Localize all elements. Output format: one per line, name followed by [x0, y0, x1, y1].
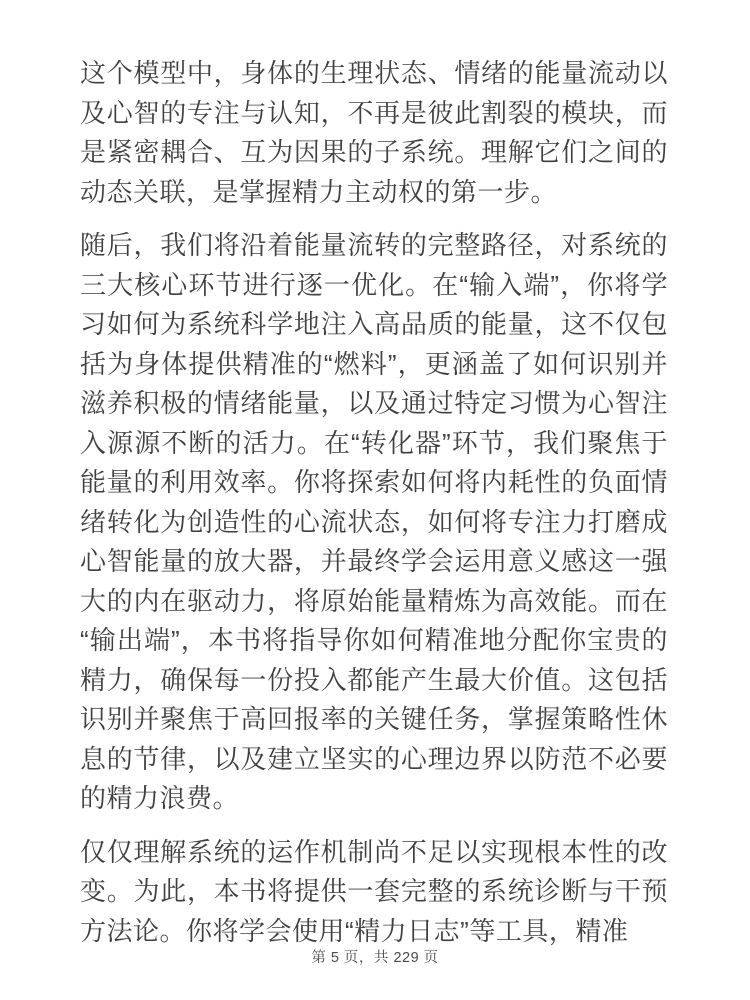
- page-content: 这个模型中，身体的生理状态、情绪的能量流动以及心智的专注与认知，不再是彼此割裂的…: [80, 54, 668, 965]
- paragraph-3: 仅仅理解系统的运作机制尚不足以实现根本性的改变。为此，本书将提供一套完整的系统诊…: [80, 833, 668, 952]
- page-number-footer: 第 5 页，共 229 页: [0, 948, 750, 968]
- paragraph-1: 这个模型中，身体的生理状态、情绪的能量流动以及心智的专注与认知，不再是彼此割裂的…: [80, 54, 668, 212]
- paragraph-2: 随后，我们将沿着能量流转的完整路径，对系统的三大核心环节进行逐一优化。在“输入端…: [80, 226, 668, 819]
- document-page: 这个模型中，身体的生理状态、情绪的能量流动以及心智的专注与认知，不再是彼此割裂的…: [0, 0, 750, 1000]
